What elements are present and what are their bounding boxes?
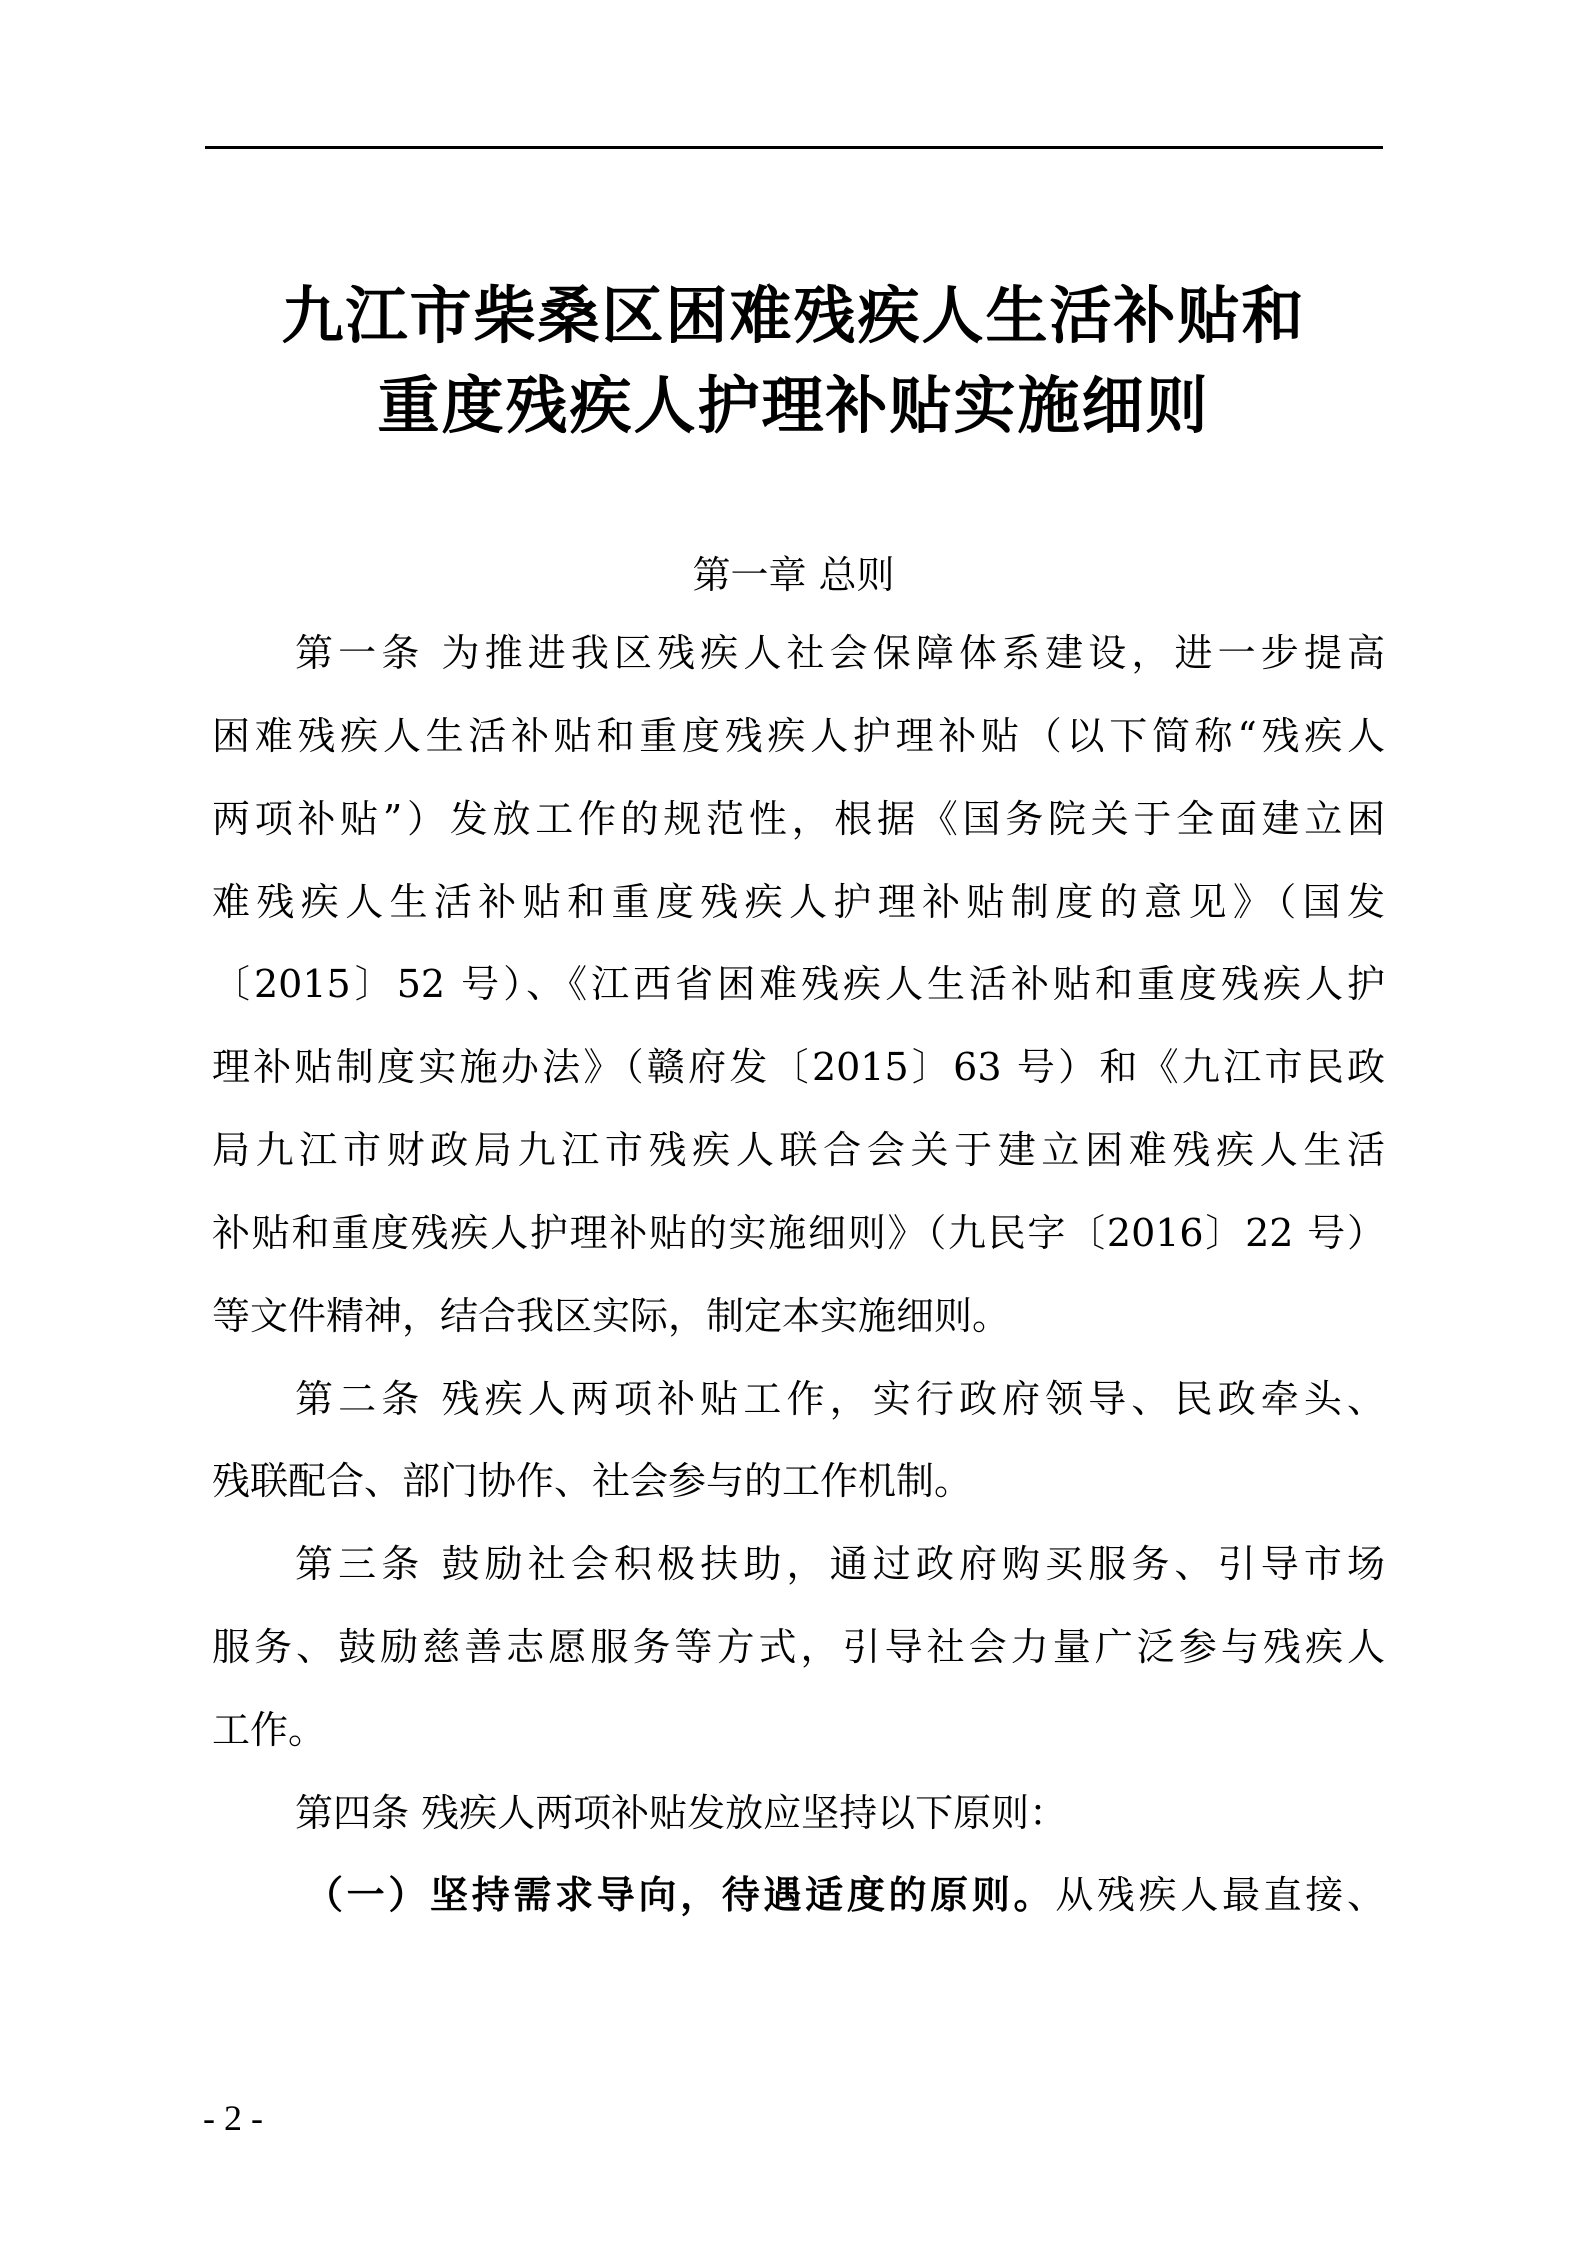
document-title-line-2: 重度残疾人护理补贴实施细则 bbox=[0, 372, 1587, 442]
body-line: 困难残疾人生活补贴和重度残疾人护理补贴（以下简称“残疾人 bbox=[212, 706, 1385, 766]
body-line: 第二条 残疾人两项补贴工作，实行政府领导、民政牵头、 bbox=[295, 1369, 1385, 1429]
document-title-line-1: 九江市柴桑区困难残疾人生活补贴和 bbox=[0, 282, 1587, 352]
body-line: 工作。 bbox=[212, 1700, 1385, 1760]
body-line: 第四条 残疾人两项补贴发放应坚持以下原则： bbox=[295, 1783, 1385, 1843]
body-line: 第三条 鼓励社会积极扶助，通过政府购买服务、引导市场 bbox=[295, 1534, 1385, 1594]
body-line: 难残疾人生活补贴和重度残疾人护理补贴制度的意见》（国发 bbox=[212, 872, 1385, 932]
body-line: 〔2015〕52 号）、《江西省困难残疾人生活补贴和重度残疾人护 bbox=[212, 954, 1385, 1014]
body-line: 服务、鼓励慈善志愿服务等方式，引导社会力量广泛参与残疾人 bbox=[212, 1617, 1385, 1677]
page-number: - 2 - bbox=[203, 2098, 263, 2138]
principle-line: （一）坚持需求导向，待遇适度的原则。从残疾人最直接、 bbox=[305, 1865, 1385, 1925]
body-line: 第一条 为推进我区残疾人社会保障体系建设，进一步提高 bbox=[295, 623, 1385, 683]
body-line: 局九江市财政局九江市残疾人联合会关于建立困难残疾人生活 bbox=[212, 1120, 1385, 1180]
principle-text: 从残疾人最直接、 bbox=[1055, 1873, 1385, 1917]
body-line: 补贴和重度残疾人护理补贴的实施细则》（九民字〔2016〕22 号） bbox=[212, 1203, 1385, 1263]
header-rule bbox=[205, 146, 1383, 149]
chapter-heading: 第一章 总则 bbox=[0, 552, 1587, 598]
body-line: 残联配合、部门协作、社会参与的工作机制。 bbox=[212, 1451, 1385, 1511]
body-line: 两项补贴”）发放工作的规范性，根据《国务院关于全面建立困 bbox=[212, 789, 1385, 849]
principle-heading: （一）坚持需求导向，待遇适度的原则。 bbox=[305, 1872, 1055, 1917]
body-line: 理补贴制度实施办法》（赣府发〔2015〕63 号）和《九江市民政 bbox=[212, 1037, 1385, 1097]
body-line: 等文件精神，结合我区实际，制定本实施细则。 bbox=[212, 1286, 1385, 1346]
